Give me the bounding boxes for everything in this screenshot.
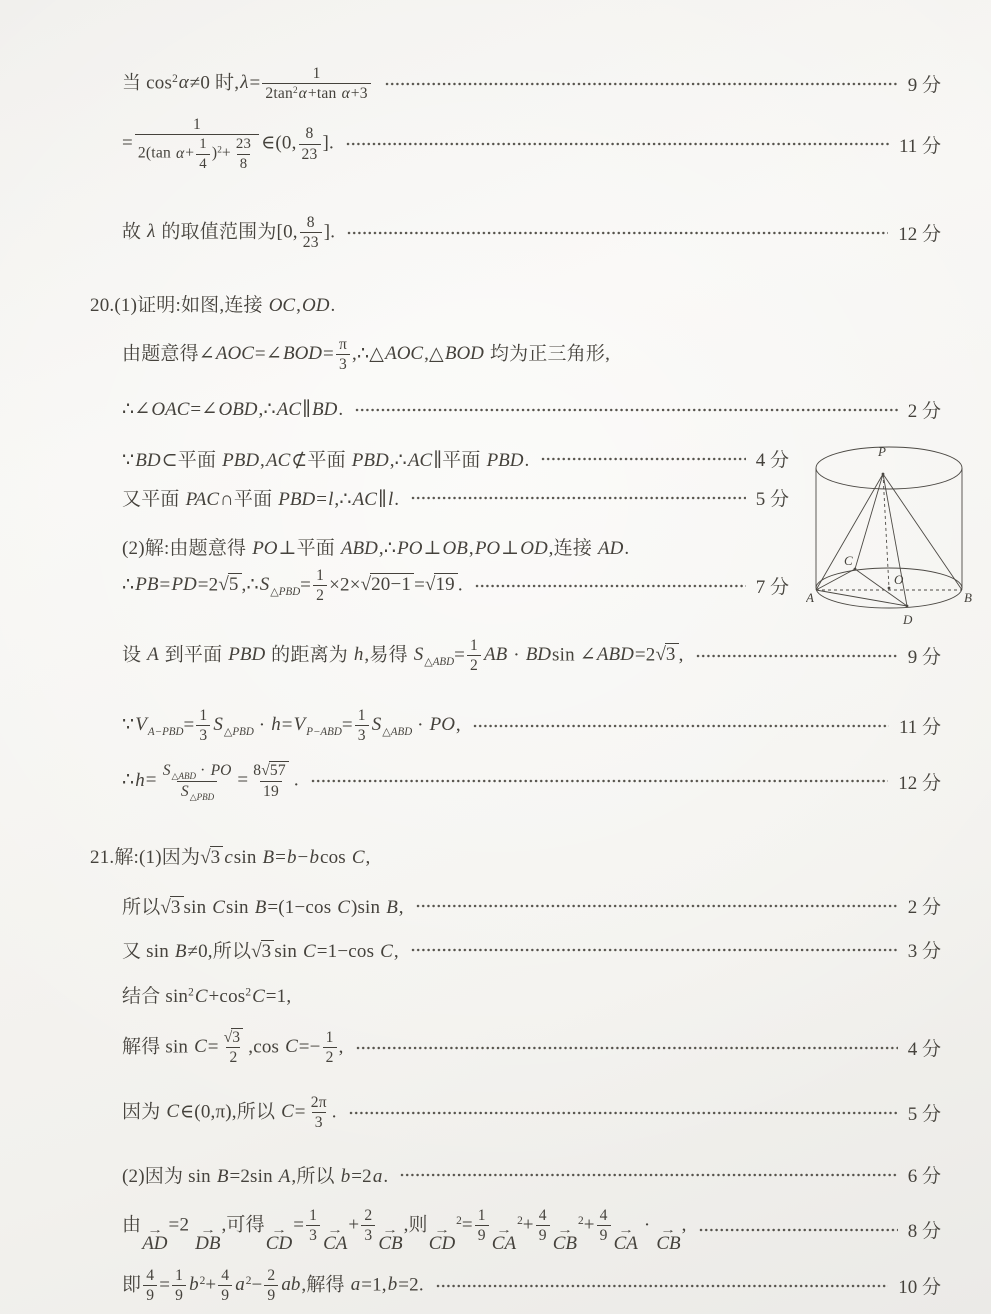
score-badge: 10 分 [898, 1272, 941, 1299]
figure-label-d: D [902, 612, 913, 627]
score-badge: 9 分 [908, 642, 941, 669]
solution-line-18: 解得 sin C=√32,cos C=−12,4 分 [122, 1028, 941, 1068]
formula-text: =12(tan α+14)2+238∈(0,823]. [122, 115, 334, 173]
solution-line-14: 21.解:(1)因为√3csin B=b−bcos C, [90, 842, 941, 869]
formula-text: 又 sin B≠0,所以√3sin C=1−cos C, [122, 936, 399, 963]
dotted-leader [411, 946, 898, 954]
formula-text: 由题意得∠AOC=∠BOD=π3,∴△AOC,△BOD 均为正三角形, [122, 335, 610, 375]
solution-line-4: 20.(1)证明:如图,连接 OC,OD. [90, 290, 941, 317]
formula-text: (2)因为 sin B=2sin A,所以 b=2a. [122, 1161, 388, 1188]
solution-line-1: 当 cos2α≠0 时,λ=12tan2α+tan α+39 分 [122, 64, 941, 104]
formula-text: 所以√3sin Csin B=(1−cos C)sin B, [122, 892, 404, 919]
dotted-leader [436, 1282, 888, 1290]
dotted-leader [475, 582, 746, 590]
formula-text: ∵VA−PBD=13S△PBD · h=VP−ABD=13S△ABD · PO, [122, 706, 461, 746]
score-badge: 5 分 [908, 1099, 941, 1126]
edge-AD [816, 590, 907, 606]
score-badge: 2 分 [908, 396, 941, 423]
solution-line-19: 因为 C∈(0,π),所以 C=2π3.5 分 [122, 1093, 941, 1133]
solution-line-13: ∴h=S△ABD · POS△PBD=8√5719.12 分 [122, 761, 941, 802]
formula-text: 结合 sin2C+cos2C=1, [122, 981, 291, 1008]
formula-text: 由→AD=2 →DB,可得→CD=13→CA+23→CB,则→CD2=19→CA… [122, 1206, 687, 1253]
score-badge: 4 分 [908, 1034, 941, 1061]
solution-line-11: 设 A 到平面 PBD 的距离为 h,易得 S△ABD=12AB · BDsin… [122, 636, 941, 676]
score-badge: 12 分 [898, 768, 941, 795]
solution-line-8: 又平面 PAC∩平面 PBD=l,∴AC∥l.5 分 [122, 484, 789, 511]
score-badge: 5 分 [756, 484, 789, 511]
figure-label-p: P [877, 444, 886, 459]
formula-text: 设 A 到平面 PBD 的距离为 h,易得 S△ABD=12AB · BDsin… [122, 636, 684, 676]
solution-line-3: 故 λ 的取值范围为[0,823].12 分 [122, 213, 941, 253]
solution-line-20: (2)因为 sin B=2sin A,所以 b=2a.6 分 [122, 1161, 941, 1188]
solution-line-22: 即49=19b2+49a2−29ab,解得 a=1,b=2.10 分 [122, 1266, 941, 1306]
formula-text: ∴h=S△ABD · POS△PBD=8√5719. [122, 761, 299, 802]
score-badge: 2 分 [908, 892, 941, 919]
score-badge: 9 分 [908, 70, 941, 97]
dotted-leader [541, 455, 745, 463]
score-badge: 4 分 [756, 445, 789, 472]
dotted-leader [355, 406, 897, 414]
dotted-leader [311, 777, 888, 785]
page: { "page": {"background": "#f2f1ee", "tex… [0, 0, 991, 1314]
score-badge: 8 分 [908, 1216, 941, 1243]
dotted-leader [349, 1109, 898, 1117]
formula-text: 当 cos2α≠0 时,λ=12tan2α+tan α+3 [122, 64, 373, 104]
figure-label-c: C [844, 553, 853, 568]
score-badge: 11 分 [899, 712, 941, 739]
figure-label-o: O [894, 572, 904, 587]
score-badge: 11 分 [899, 131, 941, 158]
score-badge: 7 分 [756, 572, 789, 599]
solution-line-10: ∴PB=PD=2√5,∴S△PBD=12×2×√20−1=√19.7 分 [122, 566, 789, 606]
solution-line-17: 结合 sin2C+cos2C=1, [122, 981, 941, 1008]
figure-label-a: A [806, 590, 814, 605]
dotted-leader [411, 494, 746, 502]
formula-text: ∴PB=PD=2√5,∴S△PBD=12×2×√20−1=√19. [122, 566, 463, 606]
formula-text: 因为 C∈(0,π),所以 C=2π3. [122, 1093, 337, 1133]
formula-text: 解得 sin C=√32,cos C=−12, [122, 1028, 344, 1068]
figure-label-b: B [964, 590, 972, 605]
formula-text: ∴∠OAC=∠OBD,∴AC∥BD. [122, 398, 343, 421]
solution-line-15: 所以√3sin Csin B=(1−cos C)sin B,2 分 [122, 892, 941, 919]
score-badge: 3 分 [908, 936, 941, 963]
solution-line-5: 由题意得∠AOC=∠BOD=π3,∴△AOC,△BOD 均为正三角形, [122, 335, 941, 375]
dotted-leader [696, 652, 898, 660]
dotted-leader [473, 722, 889, 730]
dotted-leader [416, 902, 898, 910]
solution-line-21: 由→AD=2 →DB,可得→CD=13→CA+23→CB,则→CD2=19→CA… [122, 1206, 941, 1253]
dotted-leader [347, 229, 888, 237]
solution-line-12: ∵VA−PBD=13S△PBD · h=VP−ABD=13S△ABD · PO,… [122, 706, 941, 746]
edge-PA [816, 474, 883, 590]
formula-text: 21.解:(1)因为√3csin B=b−bcos C, [90, 842, 370, 869]
solution-line-16: 又 sin B≠0,所以√3sin C=1−cos C,3 分 [122, 936, 941, 963]
solution-line-2: =12(tan α+14)2+238∈(0,823].11 分 [122, 115, 941, 173]
formula-text: (2)解:由题意得 PO⊥平面 ABD,∴PO⊥OB,PO⊥OD,连接 AD. [122, 533, 629, 560]
dotted-leader [699, 1226, 898, 1234]
dotted-leader [400, 1171, 897, 1179]
dotted-leader [385, 80, 898, 88]
formula-text: 又平面 PAC∩平面 PBD=l,∴AC∥l. [122, 484, 399, 511]
score-badge: 6 分 [908, 1161, 941, 1188]
dotted-leader [346, 140, 889, 148]
solution-line-6: ∴∠OAC=∠OBD,∴AC∥BD.2 分 [122, 396, 941, 423]
formula-text: ∵BD⊂平面 PBD,AC⊄平面 PBD,∴AC∥平面 PBD. [122, 445, 529, 472]
solution-line-7: ∵BD⊂平面 PBD,AC⊄平面 PBD,∴AC∥平面 PBD.4 分 [122, 445, 789, 472]
formula-text: 即49=19b2+49a2−29ab,解得 a=1,b=2. [122, 1266, 424, 1306]
cylinder-figure: P A B C O D [806, 438, 974, 638]
score-badge: 12 分 [898, 219, 941, 246]
solution-line-9: (2)解:由题意得 PO⊥平面 ABD,∴PO⊥OB,PO⊥OD,连接 AD. [122, 533, 789, 560]
formula-text: 20.(1)证明:如图,连接 OC,OD. [90, 290, 335, 317]
formula-text: 故 λ 的取值范围为[0,823]. [122, 213, 335, 253]
dotted-leader [356, 1044, 898, 1052]
